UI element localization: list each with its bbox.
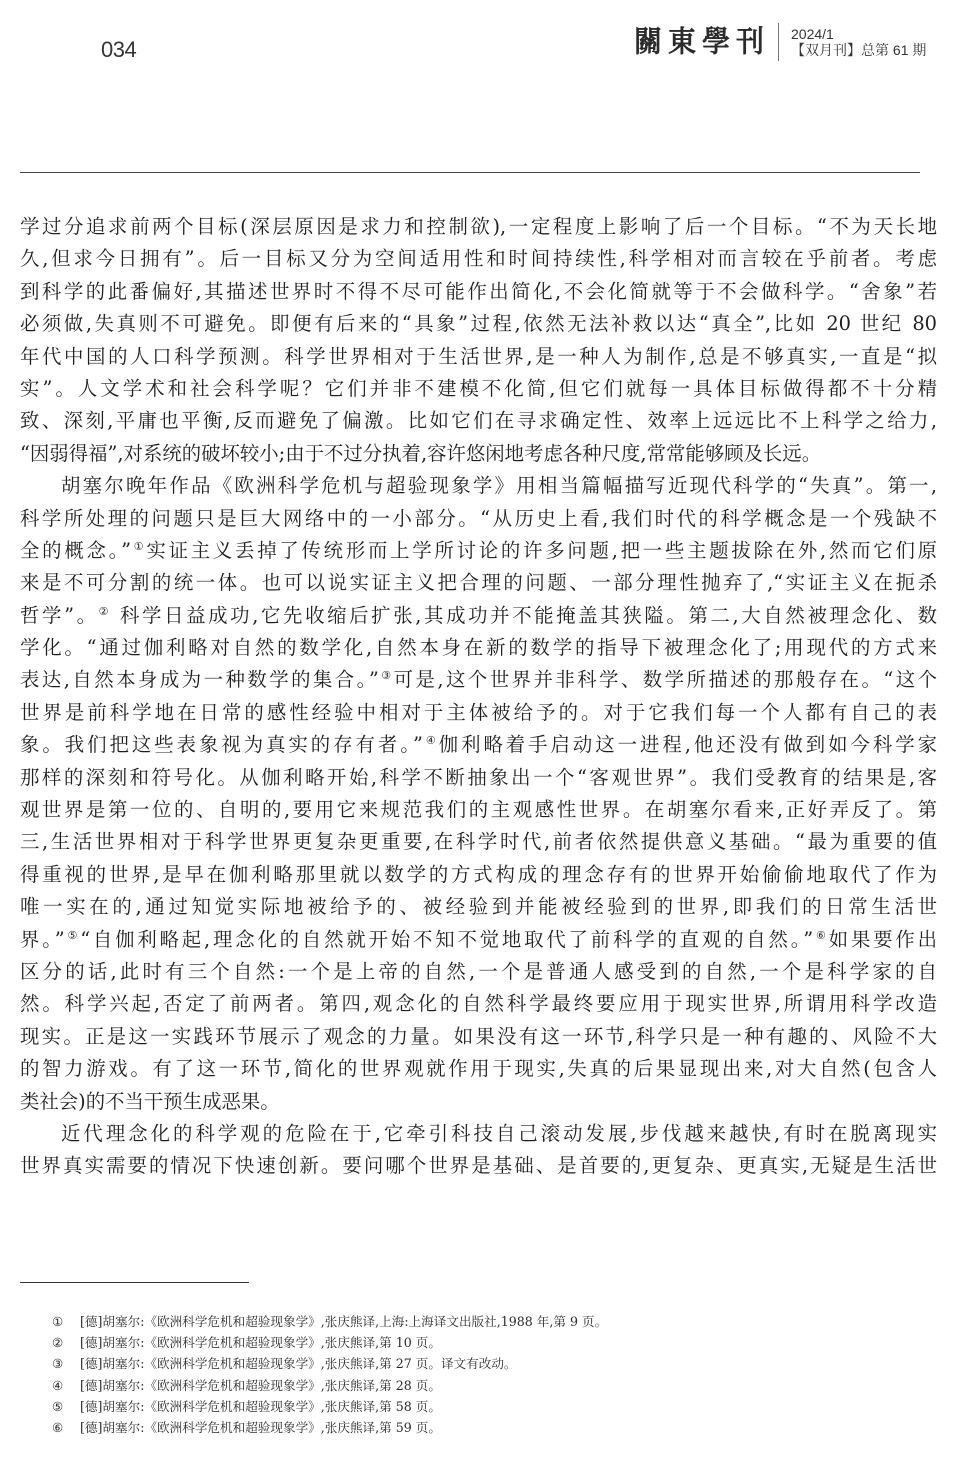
footnote-reference[interactable]: ③	[379, 669, 394, 682]
text-segment: 科学所处理的问题只是巨大网络中的一小部分。“从历史上看,我们时代的科学概念是一个…	[20, 507, 937, 530]
issue-date: 2024/1	[791, 26, 926, 42]
footnote-number: ⑥	[52, 1417, 80, 1438]
footnote-reference[interactable]: ⑤	[65, 929, 81, 942]
text-segment: 科学日益成功,它先收缩后扩张,其成功并不能掩盖其狭隘。第二,大自然被理念化、数	[111, 604, 937, 627]
text-segment: 近代理念化的科学观的危险在于,它牵引科技自己滚动发展,步伐越来越快,有时在脱离现…	[61, 1122, 937, 1145]
footnote-item: ④[德]胡塞尔:《欧洲科学危机和超验现象学》,张庆熊译,第 28 页。	[52, 1375, 607, 1396]
text-segment: 世界真实需要的情况下快速创新。要问哪个世界是基础、是首要的,更复杂、更真实,无疑…	[20, 1154, 937, 1177]
journal-masthead: 關東學刊 2024/1 【双月刊】总第 61 期	[634, 22, 926, 62]
text-segment: “自伽利略起,理念化的自然就开始不知不觉地取代了前科学的直观的自然。”	[80, 928, 813, 951]
text-segment: 胡塞尔晚年作品《欧洲科学危机与超验现象学》用相当篇幅描写近现代科学的“失真”。第…	[61, 474, 937, 497]
text-segment: 来是不可分割的统一体。也可以说实证主义把合理的问题、一部分理性抛弃了,“实证主义…	[20, 571, 937, 594]
text-segment: 世界是前科学地在日常的感性经验中相对于主体被给予的。对于它我们每一个人都有自己的…	[20, 701, 937, 724]
text-segment: 实”。人文学术和社会科学呢？它们并非不建模不化简,但它们就每一具体目标做得都不十…	[20, 377, 937, 400]
text-line: 必须做,失真则不可避免。即便有后来的“具象”过程,依然无法补救以达“真全”,比如…	[20, 308, 937, 340]
footnote-text: [德]胡塞尔:《欧洲科学危机和超验现象学》,张庆熊译,第 59 页。	[80, 1417, 441, 1438]
footnote-text: [德]胡塞尔:《欧洲科学危机和超验现象学》,张庆熊译,第 10 页。	[80, 1332, 441, 1353]
footnote-item: ③[德]胡塞尔:《欧洲科学危机和超验现象学》,张庆熊译,第 27 页。译文有改动…	[52, 1353, 607, 1374]
text-segment: 象。我们把这些表象视为真实的存有者。”	[20, 733, 423, 756]
footnote-item: ⑤[德]胡塞尔:《欧洲科学危机和超验现象学》,张庆熊译,第 58 页。	[52, 1396, 607, 1417]
text-line: 象。我们把这些表象视为真实的存有者。”④伽利略着手启动这一进程,他还没有做到如今…	[20, 729, 937, 761]
footnote-text: [德]胡塞尔:《欧洲科学危机和超验现象学》,张庆熊译,第 28 页。	[80, 1375, 441, 1396]
text-line: 哲学”。② 科学日益成功,它先收缩后扩张,其成功并不能掩盖其狭隘。第二,大自然被…	[20, 600, 937, 632]
issue-label: 【双月刊】总第 61 期	[791, 42, 926, 58]
text-segment: 全的概念。”	[20, 539, 131, 562]
text-line: 然。科学兴起,否定了前两者。第四,观念化的自然科学最终要应用于现实世界,所谓用科…	[20, 988, 937, 1020]
text-line: 得重视的世界,是早在伽利略那里就以数学的方式构成的理念存有的世界开始偷偷地取代了…	[20, 859, 937, 891]
text-segment: 唯一实在的,通过知觉实际地被给予的、被经验到并能被经验到的世界,即我们的日常生活…	[20, 895, 937, 918]
text-line: 那样的深刻和符号化。从伽利略开始,科学不断抽象出一个“客观世界”。我们受教育的结…	[20, 762, 937, 794]
text-line: 年代中国的人口科学预测。科学世界相对于生活世界,是一种人为制作,总是不够真实,一…	[20, 341, 937, 373]
text-segment: 类社会)的不当干预生成恶果。	[20, 1090, 280, 1113]
text-segment: “因弱得福”,对系统的破坏较小;由于不过分执着,容许悠闲地考虑各种尺度,常常能够…	[20, 442, 821, 465]
footnote-number: ③	[52, 1353, 80, 1374]
text-line: 久,但求今日拥有”。后一目标又分为空间适用性和时间持续性,科学相对而言较在乎前者…	[20, 243, 937, 275]
text-line: 科学所处理的问题只是巨大网络中的一小部分。“从历史上看,我们时代的科学概念是一个…	[20, 503, 937, 535]
text-line: 近代理念化的科学观的危险在于,它牵引科技自己滚动发展,步伐越来越快,有时在脱离现…	[20, 1118, 937, 1150]
text-segment: 到科学的此番偏好,其描述世界时不得不尽可能作出简化,不会化简就等于不会做科学。“…	[20, 280, 937, 303]
text-segment: 表达,自然本身成为一种数学的集合。”	[20, 668, 379, 691]
header-rule	[20, 172, 920, 173]
text-line: 胡塞尔晚年作品《欧洲科学危机与超验现象学》用相当篇幅描写近现代科学的“失真”。第…	[20, 470, 937, 502]
footnote-item: ⑥[德]胡塞尔:《欧洲科学危机和超验现象学》,张庆熊译,第 59 页。	[52, 1417, 607, 1438]
footnotes: ①[德]胡塞尔:《欧洲科学危机和超验现象学》,张庆熊译,上海:上海译文出版社,1…	[52, 1311, 607, 1438]
text-segment: 那样的深刻和符号化。从伽利略开始,科学不断抽象出一个“客观世界”。我们受教育的结…	[20, 766, 937, 789]
text-segment: 观世界是第一位的、自明的,要用它来规范我们的主观感性世界。在胡塞尔看来,正好弄反…	[20, 798, 937, 821]
footnote-reference[interactable]: ①	[131, 540, 146, 553]
text-segment: 现实。正是这一实践环节展示了观念的力量。如果没有这一环节,科学只是一种有趣的、风…	[20, 1025, 937, 1048]
text-segment: 学过分追求前两个目标(深层原因是求力和控制欲),一定程度上影响了后一个目标。“不…	[20, 215, 937, 238]
text-line: 类社会)的不当干预生成恶果。	[20, 1086, 937, 1118]
text-line: 世界真实需要的情况下快速创新。要问哪个世界是基础、是首要的,更复杂、更真实,无疑…	[20, 1150, 937, 1182]
text-line: 来是不可分割的统一体。也可以说实证主义把合理的问题、一部分理性抛弃了,“实证主义…	[20, 567, 937, 599]
text-segment: 年代中国的人口科学预测。科学世界相对于生活世界,是一种人为制作,总是不够真实,一…	[20, 345, 937, 368]
text-line: 界。”⑤“自伽利略起,理念化的自然就开始不知不觉地取代了前科学的直观的自然。”⑥…	[20, 924, 937, 956]
text-line: 现实。正是这一实践环节展示了观念的力量。如果没有这一环节,科学只是一种有趣的、风…	[20, 1021, 937, 1053]
text-line: 到科学的此番偏好,其描述世界时不得不尽可能作出简化,不会化简就等于不会做科学。“…	[20, 276, 937, 308]
page-number: 034	[101, 37, 136, 63]
text-line: 区分的话,此时有三个自然:一个是上帝的自然,一个是普通人感受到的自然,一个是科学…	[20, 956, 937, 988]
text-segment: 久,但求今日拥有”。后一目标又分为空间适用性和时间持续性,科学相对而言较在乎前者…	[20, 247, 937, 270]
footnote-item: ①[德]胡塞尔:《欧洲科学危机和超验现象学》,张庆熊译,上海:上海译文出版社,1…	[52, 1311, 607, 1332]
text-line: 学化。“通过伽利略对自然的数学化,自然本身在新的数学的指导下被理念化了;用现代的…	[20, 632, 937, 664]
text-line: 世界是前科学地在日常的感性经验中相对于主体被给予的。对于它我们每一个人都有自己的…	[20, 697, 937, 729]
text-segment: 三,生活世界相对于科学世界更复杂更重要,在科学时代,前者依然提供意义基础。“最为…	[20, 830, 937, 853]
footnote-text: [德]胡塞尔:《欧洲科学危机和超验现象学》,张庆熊译,上海:上海译文出版社,19…	[80, 1311, 607, 1332]
text-line: “因弱得福”,对系统的破坏较小;由于不过分执着,容许悠闲地考虑各种尺度,常常能够…	[20, 438, 937, 470]
issue-info: 2024/1 【双月刊】总第 61 期	[791, 26, 926, 58]
text-line: 唯一实在的,通过知觉实际地被给予的、被经验到并能被经验到的世界,即我们的日常生活…	[20, 891, 937, 923]
footnote-number: ②	[52, 1332, 80, 1353]
text-segment: 区分的话,此时有三个自然:一个是上帝的自然,一个是普通人感受到的自然,一个是科学…	[20, 960, 937, 983]
text-segment: 哲学”。	[20, 604, 99, 627]
footnote-number: ⑤	[52, 1396, 80, 1417]
footnote-text: [德]胡塞尔:《欧洲科学危机和超验现象学》,张庆熊译,第 27 页。译文有改动。	[80, 1353, 517, 1374]
text-line: 学过分追求前两个目标(深层原因是求力和控制欲),一定程度上影响了后一个目标。“不…	[20, 211, 937, 243]
text-line: 观世界是第一位的、自明的,要用它来规范我们的主观感性世界。在胡塞尔看来,正好弄反…	[20, 794, 937, 826]
footnote-reference[interactable]: ④	[423, 734, 439, 747]
text-line: 的智力游戏。有了这一环节,简化的世界观就作用于现实,失真的后果显现出来,对大自然…	[20, 1053, 937, 1085]
text-segment: 伽利略着手启动这一进程,他还没有做到如今科学家	[439, 733, 937, 756]
footnote-reference[interactable]: ②	[99, 605, 112, 618]
text-segment: 的智力游戏。有了这一环节,简化的世界观就作用于现实,失真的后果显现出来,对大自然…	[20, 1057, 937, 1080]
text-segment: 如果要作出	[829, 928, 937, 951]
footnote-number: ①	[52, 1311, 80, 1332]
footnote-reference[interactable]: ⑥	[813, 929, 829, 942]
text-segment: 致、深刻,平庸也平衡,反而避免了偏激。比如它们在寻求确定性、效率上远远比不上科学…	[20, 409, 937, 432]
text-segment: 必须做,失真则不可避免。即便有后来的“具象”过程,依然无法补救以达“真全”,比如…	[20, 312, 937, 335]
text-segment: 得重视的世界,是早在伽利略那里就以数学的方式构成的理念存有的世界开始偷偷地取代了…	[20, 863, 937, 886]
text-line: 致、深刻,平庸也平衡,反而避免了偏激。比如它们在寻求确定性、效率上远远比不上科学…	[20, 405, 937, 437]
text-segment: 然。科学兴起,否定了前两者。第四,观念化的自然科学最终要应用于现实世界,所谓用科…	[20, 992, 937, 1015]
text-segment: 实证主义丢掉了传统形而上学所讨论的许多问题,把一些主题拔除在外,然而它们原	[146, 539, 937, 562]
text-segment: 可是,这个世界并非科学、数学所描述的那般存在。“这个	[394, 668, 937, 691]
text-line: 表达,自然本身成为一种数学的集合。”③可是,这个世界并非科学、数学所描述的那般存…	[20, 664, 937, 696]
masthead-divider	[778, 23, 779, 61]
footnote-text: [德]胡塞尔:《欧洲科学危机和超验现象学》,张庆熊译,第 58 页。	[80, 1396, 441, 1417]
text-line: 实”。人文学术和社会科学呢？它们并非不建模不化简,但它们就每一具体目标做得都不十…	[20, 373, 937, 405]
text-line: 全的概念。”①实证主义丢掉了传统形而上学所讨论的许多问题,把一些主题拔除在外,然…	[20, 535, 937, 567]
text-line: 三,生活世界相对于科学世界更复杂更重要,在科学时代,前者依然提供意义基础。“最为…	[20, 826, 937, 858]
article-body: 学过分追求前两个目标(深层原因是求力和控制欲),一定程度上影响了后一个目标。“不…	[20, 211, 937, 1183]
text-segment: 学化。“通过伽利略对自然的数学化,自然本身在新的数学的指导下被理念化了;用现代的…	[20, 636, 937, 659]
text-segment: 界。”	[20, 928, 65, 951]
footnote-separator	[20, 1282, 249, 1283]
footnote-number: ④	[52, 1375, 80, 1396]
footnote-item: ②[德]胡塞尔:《欧洲科学危机和超验现象学》,张庆熊译,第 10 页。	[52, 1332, 607, 1353]
journal-logo: 關東學刊	[634, 27, 770, 56]
